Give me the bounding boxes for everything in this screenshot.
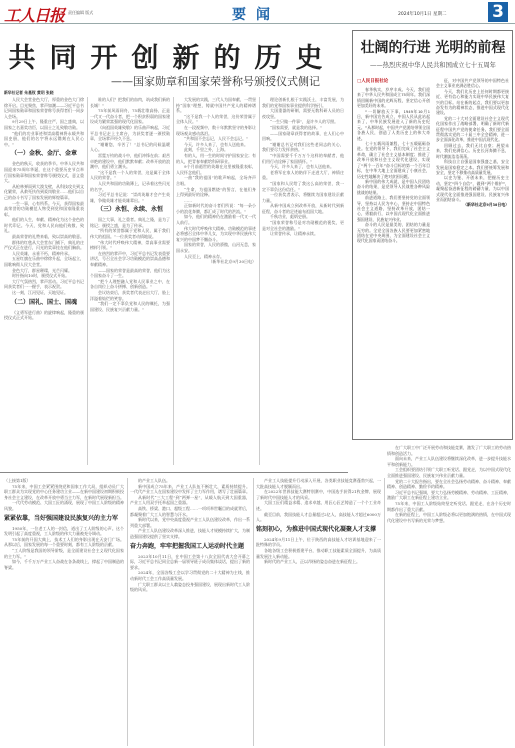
masthead: 工人日报 责任编辑 版式 要闻 2024年10月1日 星期二 3: [0, 0, 515, 24]
paragraph: 从新中国成立到改革开放，从新时代到新征程，奋斗者的足迹遍布祖国大地。: [262, 203, 344, 214]
paragraph: 从枪林弹雨到大漠戈壁，从科技攻关到文化繁荣，从救死扶伤到爱岗敬业……他们以自己的…: [4, 184, 84, 201]
paragraph: 高铁、桥梁、港口、超级工程……一项项举世瞩目的成就背后，都凝聚着广大工人的智慧与…: [130, 506, 250, 517]
paragraph: 一生一事，心有所系。今天，获得国家最高荣誉的功勋模范人物受到党和国家隆重表彰。: [4, 201, 84, 218]
lower-column-1: （上接第1版） 75年来，中国工会紧紧围绕党和国家工作大局，组织动员广大职工群众…: [4, 478, 124, 746]
column-rule: [127, 478, 128, 746]
paragraph: 《向祖国英雄致敬》的乐曲声响起，习近平总书记走上主席台，为获奖者逐一颁授勋章，全…: [90, 125, 170, 142]
paragraph: 今天，我们比历史上任何时期都更接近、更有信心和能力实现中华民族伟大复兴的目标。站…: [436, 89, 509, 116]
paragraph: “一切解放天下事，1949年10月1日，新中国宣告成立，中国人民从此站起来了，中…: [357, 109, 430, 141]
paragraph: 9月29日上午，隆重庄严，国之盛典，以国家之名嘉奖功臣，以国士之礼致敬功勋。: [4, 119, 84, 130]
lower-column-2: 的产业工人队伍。 新中国成立75年来，产业工人队伍不断壮大，素质持续提升。一代代…: [130, 478, 250, 746]
section-subhead: 奋力奔跑，牢牢把握我国工人运动时代主题: [130, 543, 250, 551]
paragraph: 征，对中国共产党领导的中国特色社会主义事业充满必胜信心。: [436, 78, 509, 89]
paragraph: “谢谢总书记对我们这些老同志的关心，我们要尽力发挥余热。”: [262, 142, 344, 153]
paragraph: 新时代以来，党中央高度重视产业工人队伍建设改革，作出一系列重大部署。: [130, 517, 250, 528]
paragraph: ——国家的荣誉是最高的荣誉，他们为这个国家奋斗了一生。: [90, 268, 170, 279]
editor-credit: 责任编辑 版式: [68, 10, 93, 16]
paragraph: 1950年，一位老工人的一封信，道出了工人阶级的心声。这个发明引起了高度重视，工…: [4, 526, 124, 537]
paragraph: “国家和人民给了我这么高的荣誉，我一定不辜负这份信任。”: [262, 181, 344, 192]
paragraph: 各地各级工会积极搭建平台，推动职工技能素质全面提升，为高质量发展注入新动能。: [256, 548, 381, 559]
editorial-column-1: 春华秋实，岁序丰成。今天，我们迎来了中华人民共和国成立75周年。我们深情回顾新中…: [357, 87, 430, 435]
paragraph: 大国重器的研制，需要无数科研人员的日夜攻坚。: [262, 108, 344, 119]
lead-column-1: 人民大会堂金色大厅，厚重的金色大门徐徐开启。目光聚焦，掌声如潮——习近平总书记同…: [4, 97, 84, 465]
paragraph: “国家荣誉称号是对功勋模范的褒奖，更是对全社会的激励。”: [262, 220, 344, 231]
paragraph: “共和国不会忘记，人民不会忘记。”: [176, 136, 256, 142]
section-subhead: （三）永恒、永续、永恒: [90, 206, 170, 214]
paragraph: 国家的荣誉，人民的骄傲，山河无恙，家国永安。: [176, 242, 256, 253]
paragraph: “谢谢您，辛苦了！”总书记的问候温暖人心。: [90, 142, 170, 153]
dateline-sign: （新华社北京9月30日电）: [176, 259, 256, 265]
section-title: 要闻: [232, 4, 280, 24]
editorial-column-2: 征，对中国共产党领导的中国特色社会主义事业充满必胜信心。 今天，我们比历史上任何…: [436, 78, 509, 435]
paragraph: 2024年，全国各级工会以学习贯彻党的二十大精神为主线，推动新时代工会工作高质量…: [130, 570, 250, 581]
lead-headline[interactable]: 共同开创新的历史: [0, 36, 345, 75]
paragraph: 如今，他们的精神仍在激励着一代又一代人前行。: [176, 214, 256, 225]
paragraph: 人民共和国的功勋簿上，记录着这些闪光的名字。: [90, 181, 170, 192]
paragraph: 国之大事，礼之重者。典礼之隆，是为了铭记；颁授之盛，是为了传承。: [90, 217, 170, 228]
paragraph: “我们一定不辜负党和人民的嘱托，为强国建设、民族复兴贡献力量。”: [90, 301, 170, 312]
paragraph: “这不是我一个人的荣誉，这是属于全体人民的荣誉。”: [90, 170, 170, 181]
column-rule: [384, 478, 385, 746]
paragraph: 他们的人生，奉献、精神化为这个金色的时代印记。今天，党和人民向他们致敬、致礼。: [4, 217, 84, 234]
paragraph: 会议结束后，获奖者代表走出大厅，脸上洋溢着灿烂的笑容。: [90, 290, 170, 301]
paragraph: 以史为鉴、开创未来，把握历史主动，坚定“四个自信”，做到“两个维护”，凝聚起奋进…: [436, 175, 509, 202]
lead-column-4: 理论创新扎根于实践沃土，丰富发展，为我们的党和国家事业提供科学指引。 大国重器的…: [262, 97, 344, 465]
issue-date: 2024年10月1日 星期二: [398, 11, 446, 17]
paragraph: 前进道路上，我们要坚持党的全面领导，坚持以人民为中心，坚持走中国特色社会主义道路…: [357, 195, 430, 222]
paragraph: 新时代的产业工人，正以昂扬的姿态奋进在新征程上。: [256, 559, 381, 565]
paragraph: 2023年10月11日，在中国工会第十八次全国代表大会开幕之际，习近平总书记同全…: [130, 554, 250, 571]
editorial-box: 壮阔的行进 光明的前程 ——热烈庆祝中华人民共和国成立七十五周年 □人民日报社论…: [352, 30, 513, 440]
paragraph: “这不是我一个人的荣誉，这份荣誉属于全体人民。”: [176, 114, 256, 125]
paragraph: 金色的秋天，收获的季节。中华人民共和国迎来75周年华诞，在这个重要历史节点举行国…: [4, 161, 84, 183]
paragraph: “所有的荣誉都属于党和人民，属于我们伟大的祖国。”一位获奖者动情地说。: [90, 228, 170, 239]
lead-byline: 新华社记者 朱基钗 黄玥 张晓: [4, 90, 54, 96]
paragraph: 伟大时代呼唤伟大精神。功勋模范的事迹必将感召全体中华儿女，为实现中华民族伟大复兴…: [176, 226, 256, 243]
paragraph: 如今，千千万万产业工人奋战在各条战线上，撑起了中国制造的脊梁。: [4, 559, 124, 570]
column-rule: [253, 478, 254, 746]
lower-column-3: 产业工人技能提升行动深入开展，各类职业技能竞赛蓬勃兴起，一大批高技能人才脱颖而出…: [256, 478, 381, 746]
paragraph: 人民大会堂金色大厅，厚重的金色大门徐徐开启。目光聚焦，掌声如潮——习近平总书记同…: [4, 97, 84, 119]
section-subhead: 铭刻初心，为推进中国式现代化凝聚人才支撑: [256, 526, 381, 534]
paragraph: “生命，为祖国燃烧”的誓言，在他们身上得到最好的诠释。: [176, 187, 256, 198]
paragraph: “工人阶级是我国的领导阶级，是全面建设社会主义现代化国家的主力军。”: [4, 548, 124, 559]
paragraph: 截至目前，我国技能人才总量超过2亿人，高技能人才超过6000万人。: [256, 512, 381, 523]
lead-subheadline: ——国家勋章和国家荣誉称号颁授仪式侧记: [40, 73, 320, 89]
paragraph: 产业工人技能提升行动深入开展，各类职业技能竞赛蓬勃兴起，一大批高技能人才脱颖而出…: [256, 478, 381, 489]
paragraph: 一代代劳动模范、大国工匠的涌现，展现了中国工人阶级的精神风貌。: [4, 500, 124, 511]
paragraph: 工会组织要团结引领广大职工听党话、跟党走，为以中国式现代化全面推进强国建设、民族…: [387, 467, 511, 478]
paragraph: 理论创新扎根于实践沃土，丰富发展，为我们的党和国家事业提供科学指引。: [262, 97, 344, 108]
editorial-headline[interactable]: 壮阔的行进 光明的前程: [357, 37, 509, 57]
newspaper-logo[interactable]: 工人日报: [4, 3, 64, 26]
paragraph: ——国家勋章获得者的故事，在人们心中回响。: [262, 131, 344, 142]
paragraph: 在一段视频中，数十年默默坚守的身影让现场观众感动落泪。: [176, 125, 256, 136]
paragraph: 《义勇军进行曲》的旋律响起，隆重的颁授仪式正式开始。: [4, 310, 84, 321]
paragraph: 面向未来，产业工人队伍建设将继续深化改革，进一步提升技能水平和创新能力。: [387, 456, 511, 467]
column-rule: [87, 97, 88, 465]
paragraph: 在广大职工中广泛开展劳动和技能竞赛，激发了广大职工的劳动热情和创造活力。: [387, 445, 511, 456]
paragraph: 75年前的开国大典上，技术工人们的身影出现在天安门广场。从那以后，国家发展的每一…: [4, 537, 124, 548]
paragraph: 大国工匠们精益求精、追求卓越，用匠心匠艺铸造了一个个工业奇迹。: [256, 500, 381, 511]
paragraph: 75年来，中国工会紧紧围绕党和国家工作大局，组织动员广大职工群众为实现党的中心任…: [4, 484, 124, 501]
editorial-subheadline: ——热烈庆祝中华人民共和国成立七十五周年: [357, 60, 509, 69]
paragraph: 75年前风雨同舟，75载壮歌高扬，正是一代又一代奋斗者，把一个积贫积弱的国家建设…: [90, 108, 170, 125]
paragraph: 75年来，中国工人阶级始终坚定听党话、跟党走，在各个历史时期都作出了重大贡献。: [387, 501, 511, 512]
paragraph: 谁的人们？把我们的血肉，筑成我们新的长城！”: [90, 97, 170, 108]
paragraph: 习近平总书记说：“崇尚英雄才会产生英雄，争做英雄才能英雄辈出。”: [90, 192, 170, 203]
paragraph: 最高荣誉的礼赞来临，致以崇高的敬意。: [4, 234, 84, 240]
paragraph: 一曲“我的祖国”的歌声响起，全场齐声合唱。: [176, 175, 256, 186]
paragraph: 一位获奖者表示，将继续为国家建设贡献力量。: [262, 192, 344, 203]
paragraph: 今天，许多人来了，也有人送他来。: [262, 164, 344, 170]
paragraph: “他们的功业事迹和崇高精神将永载共和国史册，他们的名字将永远镌刻在人民心中。”: [4, 131, 84, 148]
paragraph: 回顾过去，我们无比自豪；展望未来，我们充满信心。历史长河奔腾不息，时代潮流浩浩荡…: [436, 143, 509, 159]
paragraph: 9个月前逝世的英雄在这里被隆重表彰，人民怀念他们。: [176, 164, 256, 175]
paragraph: 雷霆万钧的战斗中，他们冲锋在前；艰苦卓绝的建设中，他们默默奉献；改革开放的浪潮中…: [90, 153, 170, 170]
section-subhead: 紧紧依靠，当好强国建设民族复兴的主力军: [4, 515, 124, 523]
paragraph: 群体的红毯从大会堂东门铺下，典礼的庄严仪式正在进行，闪光的奖章挂在他们胸前。: [4, 240, 84, 251]
paragraph: 让荣誉传承，让精神永续。: [262, 231, 344, 237]
paragraph: 新中国的伟大成就，是中国人民团结奋斗的结果，是党领导人民战胜各种风险挑战的结果。: [357, 179, 430, 195]
section-divider: [0, 472, 348, 473]
paragraph: 党的二十大对全面建设社会主义现代化国家作出了战略部署，明确了新时代新征程中国共产…: [436, 116, 509, 143]
column-rule: [259, 97, 260, 465]
paragraph: 这一刻，江河见证，天地见证。: [4, 290, 84, 296]
paragraph: 在新的征程上，中国工人阶级必将以更加饱满的热情，在中国式现代化建设中书写新的光荣…: [387, 512, 511, 523]
editorial-source-tag: □人民日报社论: [357, 78, 388, 84]
paragraph: 广大职工群众以主人翁姿态投身强国建设，展现出新时代工人阶级的风采。: [130, 582, 250, 593]
page-number-badge: 3: [488, 2, 508, 22]
paragraph: “把个人理想融入党和人民事业之中，在各自岗位上奋斗拼搏、创新创造。”: [90, 279, 170, 290]
paragraph: 奋斗的人民是最美的，团结的力量是无穷的。全党全国各族人民要更加紧密地团结在党中央…: [357, 222, 430, 244]
paragraph: “伟大时代呼唤伟大精神，崇高事业需要榜样引领。”: [90, 240, 170, 251]
paragraph: 大厅气氛热烈，掌声雷动。习近平总书记同获奖者们一一握手，表示祝贺。: [4, 279, 84, 290]
paragraph: 科技自立自强是国家强盛之基，安全发展是国家稳定之本。我们要统筹发展和安全，坚定不…: [436, 159, 509, 175]
dateline-sign: （新华社北京9月30日电）: [436, 202, 509, 207]
paragraph: 七十五载风雨兼程，七十五载砥砺奋进。在党的领导下，我们完成了社会主义革命，确立了…: [357, 141, 430, 179]
paragraph: 有的人，用一生的时间守护国家安全；有的人，把青春奉献给科研事业。: [176, 153, 256, 164]
paragraph: 在2022年世界技能大赛特别赛中，中国选手获得21枚金牌，展现了新时代中国技能人…: [256, 489, 381, 500]
paragraph: 正如新时代的奋斗者们所说：“每一朵小小的浪花奔腾，都汇成了时代的洪流。”: [176, 203, 256, 214]
lower-column-4: 在广大职工中广泛开展劳动和技能竞赛，激发了广大职工的劳动热情和创造活力。 面向未…: [387, 445, 511, 746]
paragraph: 产业工人队伍建设改革深入推进，技能人才规模持续扩大，为制造强国建设提供了坚实支撑…: [130, 528, 250, 539]
paragraph: 习近平总书记强调，要大力弘扬劳模精神、劳动精神、工匠精神，激励广大职工在新征程上…: [387, 490, 511, 501]
paragraph: 五星红旗在乐曲中徐徐升起，全场起立，国歌响彻人民大会堂。: [4, 256, 84, 267]
paragraph: 从新时代“三大工程”到“两弹一星”，从载人航天到大国重器，产业工人用双手托举起国…: [130, 495, 250, 506]
section-subhead: （二）国礼、国士、国魂: [4, 299, 84, 307]
paragraph: “中国需要千千万万个这样的奉献者，他们用行动诠释了家国情怀。”: [262, 153, 344, 164]
lead-column-3: 大发展的实践，三代人为国奉献，一贯坚持“国家”理想，铸就中国共产党人的精神谱系。…: [176, 97, 256, 465]
paragraph: 党的二十大报告指出，要在全社会弘扬劳动精神、奋斗精神、奉献精神、创造精神、勤俭节…: [387, 479, 511, 490]
paragraph: 大发展的实践，三代人为国奉献，一贯坚持“国家”理想，铸就中国共产党人的精神谱系。: [176, 97, 256, 114]
paragraph: 春华秋实，岁序丰成。今天，我们迎来了中华人民共和国成立75周年。我们深情回顾新中…: [357, 87, 430, 109]
column-rule: [173, 97, 174, 465]
paragraph: 2024年9月11日上午，位于陕西的高技能人才培训基地迎来了一批特殊的学员。: [256, 537, 381, 548]
paragraph: 老将军在家人的陪伴下走进大厅，神情庄重。: [262, 170, 344, 181]
section-subhead: （一）金秋、金厅、金章: [4, 150, 84, 158]
lead-column-2: 谁的人们？把我们的血肉，筑成我们新的长城！” 75年前风雨同舟，75载壮歌高扬，…: [90, 97, 170, 465]
paragraph: 在热烈的掌声中，习近平总书记发表重要讲话，号召全社会学习功勋模范的崇高品德和奉献…: [90, 251, 170, 268]
paragraph: 新中国成立75年来，产业工人队伍不断壮大，素质持续提升。一代代产业工人在国家建设…: [130, 484, 250, 495]
